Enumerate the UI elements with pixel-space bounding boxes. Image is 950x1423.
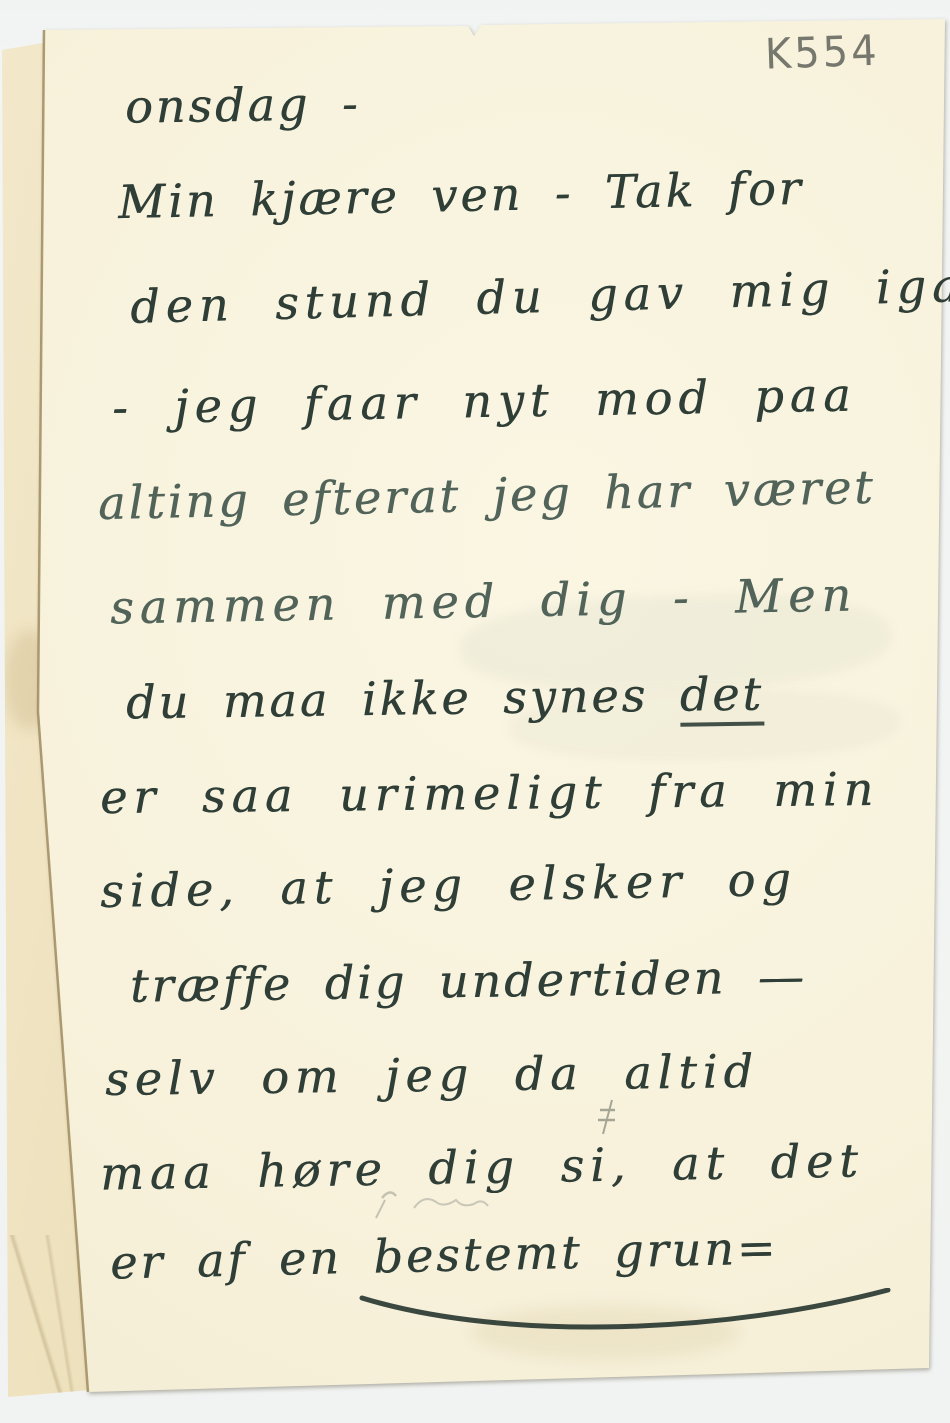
line-text: er saa urimeligt fra min <box>100 762 880 824</box>
line-text: du maa ikke synes <box>126 668 680 730</box>
pencil-smudge <box>372 1178 512 1230</box>
letter-line-2: Min kjære ven - Tak for <box>118 165 804 225</box>
letter-line-9: side, at jeg elsker og <box>100 856 797 914</box>
letter-line-11: selv om jeg da altid <box>105 1048 759 1102</box>
pencil-smudge <box>592 1098 634 1138</box>
line-text: onsdag - <box>125 76 361 133</box>
letter-line-8: er saa urimeligt fra min <box>100 766 880 820</box>
underlined-word: det <box>679 667 764 727</box>
letter-line-7: du maa ikke synes det <box>126 671 765 726</box>
line-text: er af en <box>109 1230 374 1290</box>
underline-flourish <box>350 1288 900 1348</box>
line-text: grun= <box>582 1220 779 1278</box>
letter-line-4: - jeg faar nyt mod paa <box>112 372 857 431</box>
letter-line-1: onsdag - <box>125 80 361 129</box>
letter-line-13: er af en bestemt grun= <box>110 1224 779 1285</box>
letter-line-10: træffe dig undertiden — <box>130 953 807 1008</box>
line-text: selv om jeg da altid <box>105 1044 760 1106</box>
line-text: træffe dig undertiden — <box>130 949 808 1012</box>
letter-line-6: sammen med dig - Men <box>110 571 858 630</box>
underlined-word: bestemt <box>373 1225 583 1284</box>
letter-scan: K554 onsdag - Min kjære ven - Tak for de… <box>0 0 950 1423</box>
catalog-number: K554 <box>764 27 880 79</box>
